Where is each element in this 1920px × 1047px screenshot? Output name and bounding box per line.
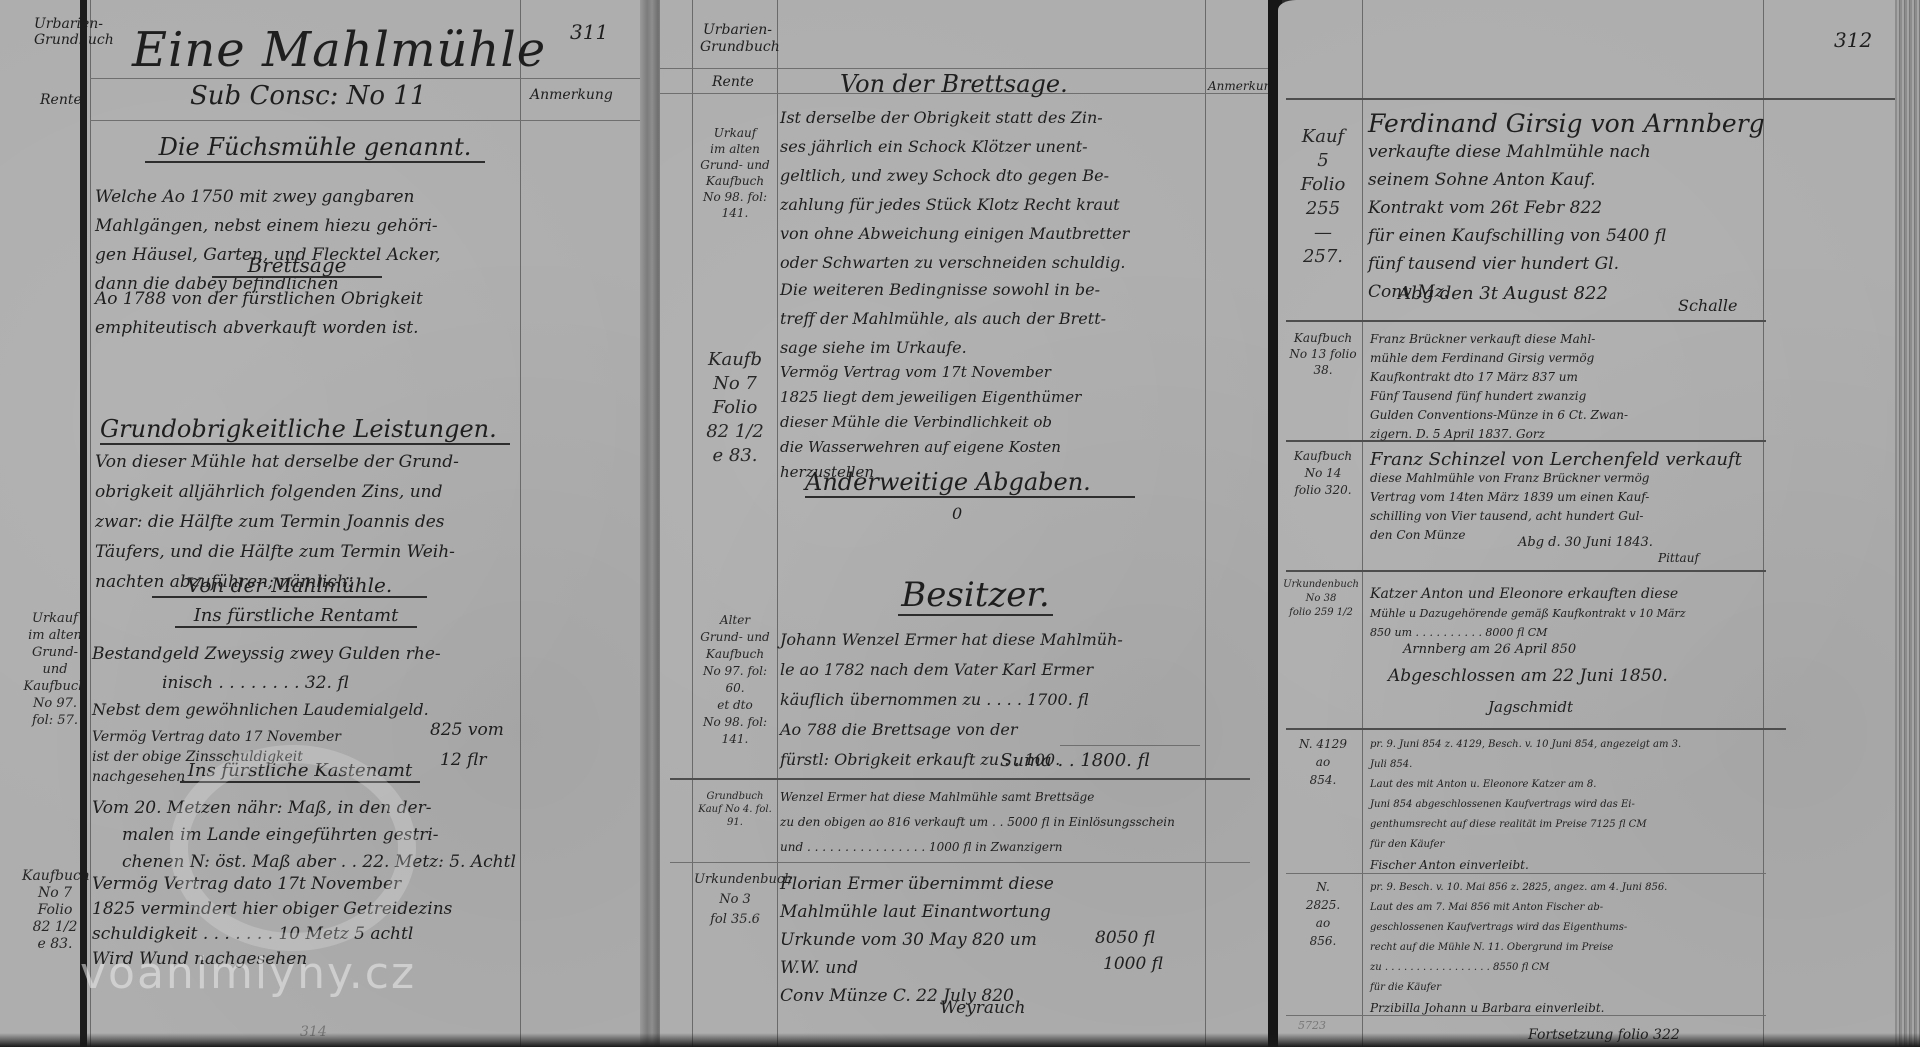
intro-text: Welche Ao 1750 mit zwey gangbaren Mahlgä… <box>95 183 441 299</box>
florian-text: Florian Ermer übernimmt diese Mahlmühle … <box>780 870 1054 1010</box>
margin-note-urkauf: Urkauf im alten Grund- und Kaufbuch No 9… <box>694 125 776 221</box>
column-rule <box>692 0 693 1047</box>
brettsage-text: Ao 1788 von der fürstlichen Obrigkeit em… <box>95 285 423 343</box>
section-rule <box>670 862 1250 863</box>
ownership-entry: Katzer Anton und Eleonore erkauften dies… <box>1370 585 1686 642</box>
entry-footer: Abg d. 30 Juni 1843. <box>1518 536 1653 549</box>
wenzel-text: Wenzel Ermer hat diese Mahlmühle samt Br… <box>780 785 1175 860</box>
weitere-text: Die weiteren Bedingnisse sowohl in be- t… <box>780 275 1106 362</box>
entry-footer: Abg den 3t August 822 <box>1398 285 1608 303</box>
entry-footer: Abgeschlossen am 22 Juni 1850. <box>1388 668 1668 685</box>
right-page: 312 Kauf 5 Folio 255 — 257. Ferdinand Gi… <box>1278 0 1920 1047</box>
column-header-note: Anmerkung <box>1208 80 1270 92</box>
page-number: 312 <box>1834 30 1872 50</box>
column-rule <box>1205 0 1206 1047</box>
margin-note-kaufbuch: Kaufbuch No 7 Folio 82 1/2 e 83. <box>22 868 88 953</box>
column-header-rent: Rente <box>712 75 754 89</box>
column-rule <box>90 0 91 1047</box>
footer-number: 5723 <box>1298 1020 1326 1031</box>
bottom-shadow <box>0 1033 1920 1047</box>
row-rule <box>660 68 1270 69</box>
book-spine-left <box>80 0 87 1047</box>
vertrag-text: Vermög Vertrag vom 17t November 1825 lie… <box>780 360 1081 485</box>
page-title: Eine Mahlmühle <box>132 26 546 74</box>
vertrag-values: 825 vom 12 flr <box>430 715 504 775</box>
mahlmuehle-heading: Von der Mahlmühle. <box>152 575 427 598</box>
margin-note-urkundenbuch: Urkundenbuch No 3 fol 35.6 <box>694 870 776 930</box>
ownership-entry: pr. 9. Juni 854 z. 4129, Besch. v. 10 Ju… <box>1370 735 1681 875</box>
watermark-text: voanimlyny.cz <box>80 948 416 999</box>
rentamt-text: Bestandgeld Zweyssig zwey Gulden rhe- in… <box>92 640 441 698</box>
mill-name-heading: Die Füchsmühle genannt. <box>145 135 485 163</box>
entry-margin: Kauf 5 Folio 255 — 257. <box>1286 125 1360 269</box>
column-rule <box>520 0 521 1047</box>
middle-page: Urbarien-Grundbuch Rente Anmerkung Von d… <box>660 0 1270 1047</box>
watermark-logo-icon <box>170 745 416 951</box>
row-rule <box>90 78 645 79</box>
entry-signature: Schalle <box>1678 298 1737 314</box>
sum-rule <box>1060 745 1200 746</box>
suma-total: Suma . . 1800. fl <box>1000 752 1150 770</box>
florian-values: 8050 fl 1000 fl <box>1095 925 1163 977</box>
column-header-rent: Rente <box>40 93 82 107</box>
entry-signature: Jagschmidt <box>1488 700 1573 715</box>
besitzer-heading: Besitzer. <box>898 578 1053 616</box>
florian-signature: Weyrauch <box>940 1000 1025 1017</box>
page-edges <box>1895 0 1920 1047</box>
row-rule <box>1286 98 1896 100</box>
margin-note-kaufbuch: Kaufb No 7 Folio 82 1/2 e 83. <box>694 348 776 468</box>
nebst-line: Nebst dem gewöhnlichen Laudemialgeld. <box>92 702 429 718</box>
entry-margin: Urkundenbuch No 38 folio 259 1/2 <box>1282 578 1360 620</box>
entry-place-date: Arnnberg am 26 April 850 <box>1403 643 1576 656</box>
column-rule <box>1362 0 1363 1047</box>
section-rule <box>670 778 1250 780</box>
margin-note-grundbuch: Grundbuch Kauf No 4. fol. 91. <box>694 790 776 829</box>
entry-rule <box>1286 728 1786 730</box>
entry-rule <box>1286 320 1766 322</box>
entry-margin: N. 4129 ao 854. <box>1286 735 1360 789</box>
abgaben-mark: 0 <box>952 506 962 522</box>
ownership-entry: Franz Brückner verkauft diese Mahl- mühl… <box>1370 330 1628 444</box>
brettsage-heading: Brettsage <box>212 255 382 278</box>
ownership-entry: Ferdinand Girsig von Arnnberg verkaufte … <box>1368 110 1765 306</box>
brettsage-text: Ist derselbe der Obrigkeit statt des Zin… <box>780 103 1129 277</box>
sub-consc-number: Sub Consc: No 11 <box>190 83 426 109</box>
entry-margin: N. 2825. ao 856. <box>1286 878 1360 950</box>
entry-rule <box>1286 570 1766 572</box>
abgaben-heading: Anderweitige Abgaben. <box>805 470 1135 498</box>
entry-margin: Kaufbuch No 14 folio 320. <box>1286 448 1360 499</box>
entry-signature: Pittauf <box>1658 552 1699 564</box>
leistungen-heading: Grundobrigkeitliche Leistungen. <box>100 417 510 445</box>
column-rule <box>777 0 778 1047</box>
margin-note-alter-grundbuch: Alter Grund- und Kaufbuch No 97. fol: 60… <box>694 612 776 748</box>
entry-margin: Kaufbuch No 13 folio 38. <box>1286 330 1360 378</box>
column-header-urbar: Urbarien-Grundbuch <box>700 22 775 56</box>
rentamt-heading: Ins fürstliche Rentamt <box>175 607 417 628</box>
margin-note-urkauf: Urkauf im alten Grund- und Kaufbuch No 9… <box>22 610 88 729</box>
row-rule <box>90 120 645 121</box>
page-number: 311 <box>570 22 608 42</box>
column-header-note: Anmerkung <box>530 88 613 102</box>
ownership-entry: pr. 9. Besch. v. 10. Mai 856 z. 2825, an… <box>1370 878 1667 1018</box>
ownership-entry: Franz Schinzel von Lerchenfeld verkauft … <box>1370 450 1742 545</box>
brettsage-heading: Von der Brettsage. <box>840 72 1068 96</box>
